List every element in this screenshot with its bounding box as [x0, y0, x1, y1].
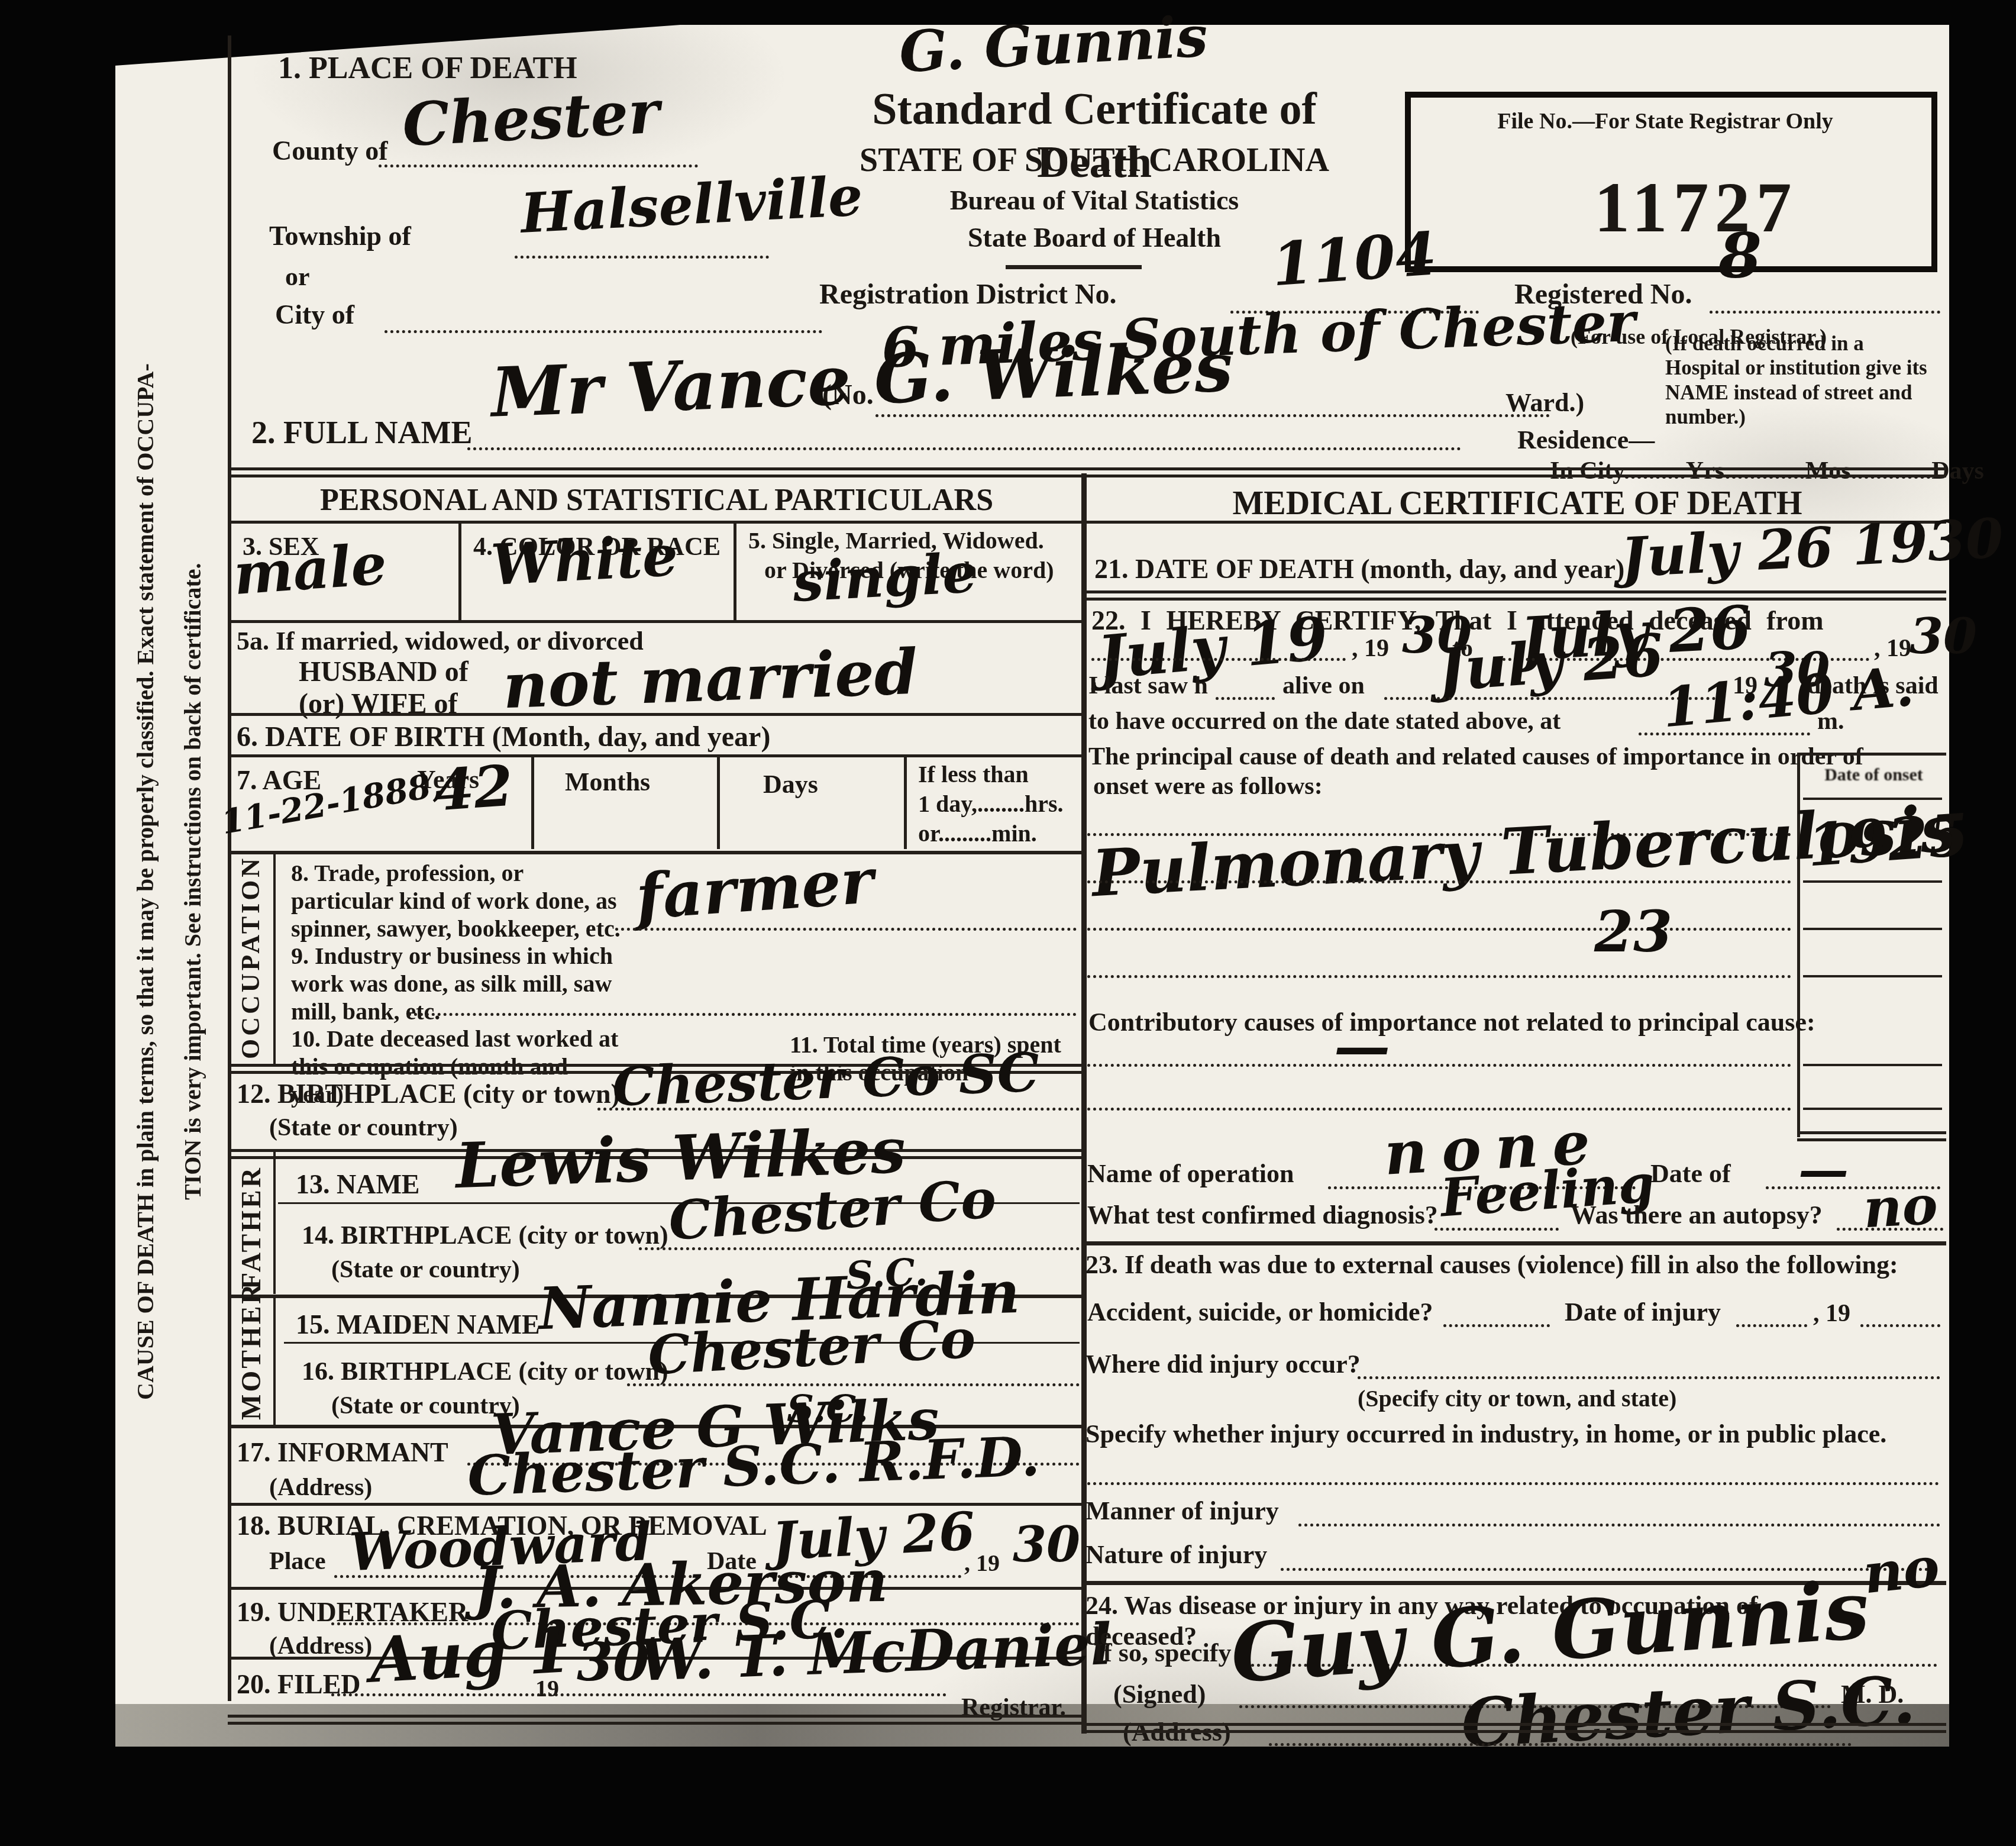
- age-years-value: 42: [433, 758, 515, 819]
- color-value: White: [490, 528, 680, 593]
- birthplace-value: Chester Co SC: [612, 1045, 1041, 1114]
- time-m-label: m.: [1817, 707, 1844, 737]
- father-vertical-label: FATHER: [235, 1160, 267, 1296]
- signed-label: (Signed): [1113, 1679, 1206, 1710]
- age-days-label: Days: [763, 769, 818, 800]
- wife-of-label: (or) WIFE of: [299, 688, 457, 721]
- dotted-line: [1087, 1482, 1939, 1485]
- rule: [1087, 590, 1946, 601]
- residence-label: Residence—: [1517, 425, 1655, 456]
- dotted-line: [1298, 1524, 1940, 1526]
- external-causes-label: 23. If death was due to external causes …: [1085, 1250, 1943, 1280]
- registrar-signature: W. T. McDaniel: [638, 1616, 1113, 1689]
- state-title: STATE OF SOUTH CAROLINA: [822, 141, 1366, 180]
- maiden-name-label: 15. MAIDEN NAME: [296, 1309, 540, 1341]
- occupation-vertical-label: OCCUPATION: [235, 858, 266, 1059]
- dotted-line: [1443, 1324, 1550, 1327]
- dotted-line: [385, 330, 822, 333]
- burial-year-prefix: , 19: [964, 1549, 1000, 1577]
- father-state-label: (State or country): [331, 1256, 520, 1285]
- dotted-line: [1435, 1228, 1559, 1231]
- bottom-rule-right: [1087, 1723, 1946, 1733]
- scan-border-right: [1949, 0, 2016, 1846]
- accident-label: Accident, suicide, or homicide?: [1087, 1297, 1433, 1328]
- form-left-border: [228, 35, 231, 1701]
- onset-line: [1803, 880, 1942, 883]
- age-months-label: Months: [565, 767, 650, 798]
- dotted-line: [1091, 658, 1346, 661]
- dotted-line: [1087, 975, 1791, 978]
- dotted-line: [1736, 1324, 1807, 1327]
- township-value: Halsellville: [519, 169, 864, 241]
- principal-cause-label-2: onset were as follows:: [1093, 772, 1323, 802]
- cell-divider: [734, 524, 736, 620]
- injury-19-label: , 19: [1813, 1299, 1850, 1329]
- operation-date-label: Date of: [1650, 1158, 1731, 1189]
- operation-label: Name of operation: [1087, 1158, 1294, 1189]
- death-certificate-scan: CAUSE OF DEATH in plain terms, so that i…: [0, 0, 2016, 1846]
- if-less-label-2: 1 day,........hrs.: [918, 790, 1064, 818]
- heavy-rule: [1087, 1241, 1946, 1245]
- file-number-box: File No.—For State Registrar Only 11727: [1405, 92, 1937, 272]
- informant-address-label: (Address): [269, 1473, 372, 1503]
- father-name-label: 13. NAME: [296, 1169, 420, 1200]
- city-label: City of: [275, 299, 354, 331]
- dotted-line: [1860, 1324, 1940, 1327]
- onset-line: [1803, 928, 1942, 930]
- related-occupation-value: no: [1861, 1540, 1942, 1602]
- township-label: Township of: [269, 220, 411, 252]
- dotted-line: [1087, 928, 1791, 931]
- test-label: What test confirmed diagnosis?: [1087, 1200, 1438, 1231]
- group-divider: [273, 1149, 276, 1294]
- or-label: or: [285, 262, 310, 292]
- rule: [228, 754, 1081, 757]
- county-label: County of: [272, 135, 388, 167]
- husband-of-label: HUSBAND of: [299, 656, 469, 689]
- if-less-label-3: or.........min.: [918, 819, 1037, 847]
- cause-onset-value: 1925: [1805, 806, 1970, 876]
- mother-birthplace-label: 16. BIRTHPLACE (city or town): [302, 1356, 668, 1387]
- cell-divider: [904, 754, 907, 849]
- ward-label: Ward.): [1505, 388, 1584, 418]
- last-saw-label-2: alive on: [1282, 672, 1365, 701]
- burial-year-value: 30: [1013, 1521, 1080, 1569]
- specify-injury-label: Specify whether injury occurred in indus…: [1085, 1419, 1949, 1450]
- dotted-line: [1087, 1108, 1791, 1111]
- hospital-note: (If death occurred in a Hospital or inst…: [1665, 331, 1940, 429]
- rule: [228, 620, 1081, 623]
- last-saw-label-1: I last saw h: [1088, 672, 1208, 701]
- dotted-line: [639, 1247, 1080, 1250]
- dotted-line: [408, 1013, 1077, 1016]
- mother-birthplace-value: Chester Co: [647, 1312, 977, 1383]
- cell-divider: [458, 524, 461, 620]
- title-rule: [1006, 265, 1142, 269]
- personal-section-title: PERSONAL AND STATISTICAL PARTICULARS: [248, 482, 1065, 518]
- registration-district-label: Registration District No.: [819, 278, 1117, 312]
- autopsy-label: Was there an autopsy?: [1571, 1200, 1823, 1231]
- dotted-line: [1216, 697, 1275, 700]
- m5a-value: not married: [502, 641, 919, 717]
- onset-line: [1803, 1064, 1942, 1066]
- where-injury-sub-label: (Specify city or town, and state): [1358, 1384, 1676, 1412]
- onset-line: [1803, 1108, 1942, 1110]
- from-19-label: , 19: [1352, 634, 1389, 664]
- dotted-line: [331, 1693, 946, 1696]
- full-name-label: 2. FULL NAME: [251, 414, 473, 452]
- manner-of-injury-label: Manner of injury: [1085, 1496, 1279, 1526]
- place-of-death-label: 1. PLACE OF DEATH: [278, 50, 577, 86]
- scan-border-bottom: [0, 1747, 2016, 1846]
- trade-label: 8. Trade, profession, or particular kind…: [291, 859, 628, 943]
- dotted-line: [1837, 1228, 1943, 1231]
- rule: [228, 713, 1081, 716]
- onset-line: [1803, 975, 1942, 977]
- onset-column-header: Date of onset: [1804, 764, 1943, 785]
- file-number-label: File No.—For State Registrar Only: [1429, 108, 1902, 135]
- dotted-line: [1639, 732, 1810, 735]
- county-value: Chester: [401, 82, 661, 155]
- dotted-line: [1269, 1743, 1852, 1746]
- to-year-value: 30: [1910, 612, 1977, 661]
- where-injury-label: Where did injury occur?: [1085, 1349, 1361, 1380]
- father-birthplace-label: 14. BIRTHPLACE (city or town): [302, 1220, 668, 1251]
- dob-label: 6. DATE OF BIRTH (Month, day, and year): [237, 721, 770, 754]
- if-less-label-1: If less than: [918, 760, 1029, 788]
- contributory-label: Contributory causes of importance not re…: [1088, 1007, 1815, 1038]
- autopsy-value: no: [1862, 1179, 1939, 1235]
- dotted-line: [597, 1108, 1080, 1111]
- mother-vertical-label: MOTHER: [235, 1302, 267, 1420]
- margin-instruction-line2: TION is very important. See instructions…: [179, 71, 206, 1692]
- scan-border-left: [0, 0, 115, 1846]
- group-divider: [273, 1295, 276, 1425]
- date-of-death-label: 21. DATE OF DEATH (month, day, and year): [1094, 553, 1624, 585]
- physician-annotation: G. Gunnis: [898, 8, 1209, 80]
- dotted-line: [615, 928, 1077, 931]
- group-divider: [273, 851, 276, 1064]
- trade-value: farmer: [634, 850, 875, 928]
- filed-19-label: 19: [535, 1674, 559, 1702]
- dotted-line: [515, 256, 769, 259]
- registered-no-value: 8: [1718, 225, 1762, 287]
- injury-date-label: Date of injury: [1565, 1297, 1721, 1328]
- onset-column-topline: [1800, 753, 1946, 756]
- dotted-line: [1710, 311, 1940, 314]
- cell-divider: [531, 754, 534, 849]
- principal-cause-label-1: The principal cause of death and related…: [1088, 743, 1863, 772]
- burial-place-label: Place: [269, 1547, 326, 1577]
- margin-instruction-line1: CAUSE OF DEATH in plain terms, so that i…: [131, 71, 159, 1692]
- nature-of-injury-label: Nature of injury: [1085, 1540, 1267, 1570]
- rule: [228, 851, 1081, 854]
- bureau-title: Bureau of Vital Statistics: [822, 185, 1366, 217]
- dotted-line: [1358, 1376, 1940, 1379]
- dotted-line: [379, 164, 698, 167]
- cause-code-value: 23: [1594, 904, 1672, 960]
- registration-district-value: 1104: [1270, 224, 1439, 294]
- informant-label: 17. INFORMANT: [237, 1437, 448, 1469]
- dotted-line: [627, 1383, 1080, 1386]
- birthplace-label: 12. BIRTHPLACE (city or town): [237, 1078, 620, 1110]
- marital-value: single: [791, 546, 978, 609]
- occurred-label: to have occurred on the date stated abov…: [1088, 707, 1561, 737]
- sex-value: male: [232, 536, 389, 603]
- bottom-rule-left: [228, 1715, 1081, 1725]
- last-saw-date-value: July 26: [1436, 627, 1665, 700]
- state-country-label: (State or country): [269, 1114, 458, 1143]
- dotted-line: [1087, 880, 1791, 883]
- if-so-specify-label: If so, specify: [1093, 1638, 1231, 1668]
- dotted-line: [1087, 1064, 1791, 1067]
- section-divider: [228, 467, 1946, 477]
- cell-divider: [717, 754, 720, 849]
- dotted-line: [467, 447, 1461, 450]
